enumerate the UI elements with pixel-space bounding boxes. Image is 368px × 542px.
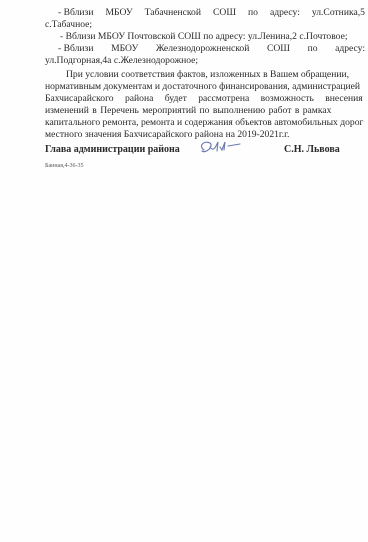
text: СОШ [267,44,290,54]
text: адресу: [270,8,300,18]
text: по [248,8,258,18]
text: по [308,44,318,54]
list-item-3-line-1: - Вблизи МБОУ Железнодорожненской СОШ по… [58,44,365,54]
list-item-1-line-2: с.Табачное; [45,20,92,30]
text: МБОУ [105,8,132,18]
signatory-name: С.Н. Львова [284,144,340,155]
paragraph-line-1: При условии соответствия фактов, изложен… [66,70,349,80]
paragraph-line-5: капитального ремонта, ремонта и содержан… [45,118,363,128]
paragraph-line-6: местного значения Бахчисарайского района… [45,130,289,140]
list-item-1-line-1: - Вблизи МБОУ Табачненской СОШ по адресу… [58,8,365,18]
paragraph-line-3: Бахчисарайского района будет рассмотрена… [45,94,363,104]
paragraph-line-2: нормативным документам и достаточного фи… [45,82,360,92]
text: Железнодорожненской [156,44,250,54]
list-item-3-line-2: ул.Подгорная,4а с.Железнодорожное; [45,56,198,66]
document-page: - Вблизи МБОУ Табачненской СОШ по адресу… [0,0,368,542]
text: адресу: [335,44,365,54]
text: ул.Сотника,5 [312,8,365,18]
handwritten-signature-icon [196,138,246,158]
text: - Вблизи [58,44,93,54]
text: СОШ [213,8,236,18]
list-item-2-line-1: - Вблизи МБОУ Почтовской СОШ по адресу: … [60,32,348,42]
text: МБОУ [111,44,138,54]
contact-info: Банная,4-36-35 [45,163,83,169]
text: Табачненской [145,8,201,18]
signatory-title: Глава администрации района [45,144,180,155]
text: - Вблизи [58,8,93,18]
paragraph-line-4: изменений в Перечень мероприятий по выпо… [45,106,331,116]
